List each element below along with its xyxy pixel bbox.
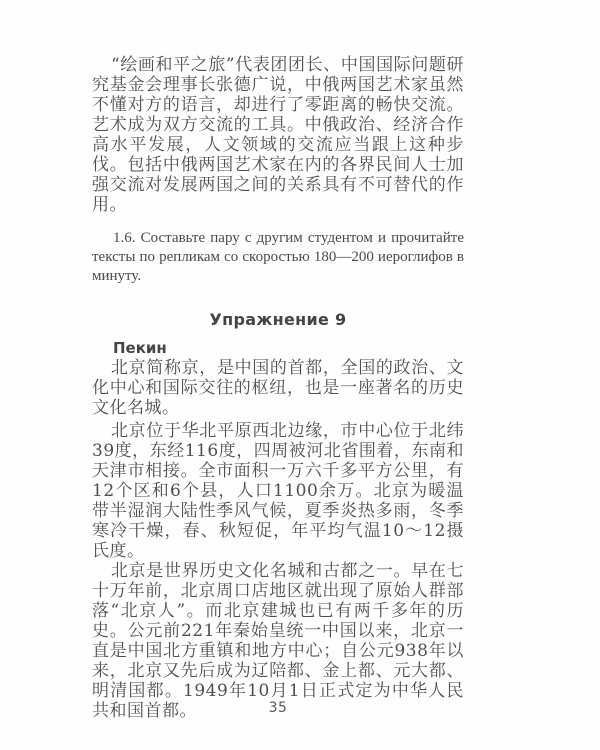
exercise-heading: Упражнение 9 (92, 310, 464, 330)
page-content: “绘画和平之旅”代表团团长、中国国际问题研究基金会理事长张德广说，中俄两国艺术家… (92, 55, 464, 721)
topic-heading: Пекин (92, 338, 464, 358)
paragraph-cn-beijing-overview: 北京简称京，是中国的首都，全国的政治、文化中心和国际交往的枢纽，也是一座著名的历… (92, 358, 464, 418)
paragraph-cn-beijing-history: 北京是世界历史文化名城和古都之一。早在七十万年前，北京周口店地区就出现了原始人群… (92, 561, 464, 721)
book-page: “绘画和平之旅”代表团团长、中国国际问题研究基金会理事长张德广说，中俄两国艺术家… (0, 0, 600, 750)
paragraph-ru-task: 1.6. Составьте пару с другим студентом и… (92, 229, 464, 286)
page-footer: 35 (92, 699, 464, 717)
paragraph-cn-beijing-geography: 北京位于华北平原西北边缘，市中心位于北纬39度，东经116度，四周被河北省围着，… (92, 421, 464, 561)
page-number: 35 (269, 700, 288, 716)
paragraph-cn-intro: “绘画和平之旅”代表团团长、中国国际问题研究基金会理事长张德广说，中俄两国艺术家… (92, 55, 464, 215)
